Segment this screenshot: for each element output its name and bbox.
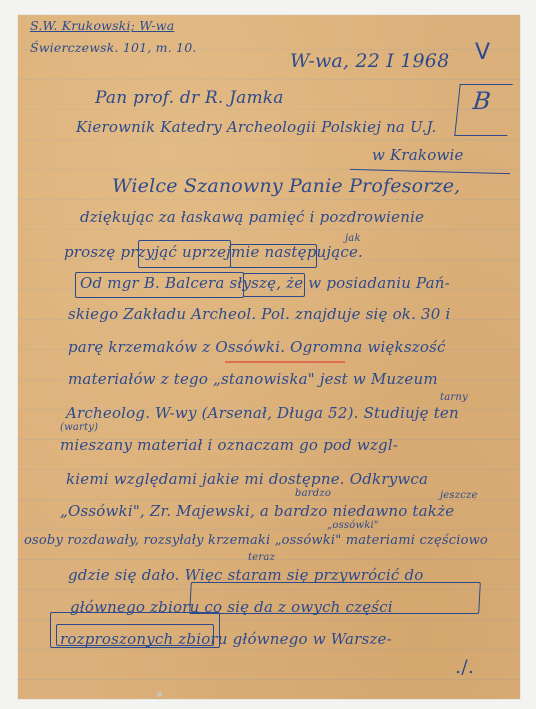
interlinear-jeszcze: jeszcze (440, 490, 478, 501)
body-line-11: osoby rozdawały, rozsyłały krzemaki „oss… (24, 533, 488, 548)
stamp-b-icon: B (454, 84, 512, 136)
letter-date: W-wa, 22 I 1968 (290, 50, 449, 72)
interlinear-teraz: teraz (248, 552, 275, 563)
check-mark-icon: V (475, 40, 490, 65)
recipient-line2: Kierownik Katedry Archeologii Polskiej n… (76, 118, 436, 136)
edit-box-balcera (75, 272, 244, 298)
edit-box-czesci (189, 582, 481, 614)
interlinear-tarny: tarny (440, 392, 468, 403)
edit-box-proponuje (138, 240, 231, 268)
body-line-1: dziękując za łaskawą pamięć i pozdrowien… (80, 208, 424, 226)
sender-address: Świerczewsk. 101, m. 10. (30, 40, 197, 55)
recipient-line1: Pan prof. dr R. Jamka (95, 88, 284, 108)
edit-box-rozproszonych (56, 624, 214, 646)
edit-box-slysze (243, 273, 305, 297)
interlinear-ossowki: „ossówki" (327, 520, 379, 531)
body-line-9: kiemi względami jakie mi dostępne. Odkry… (66, 470, 428, 488)
red-underline-ossowki (225, 361, 345, 363)
salutation: Wielce Szanowny Panie Profesorze, (112, 175, 460, 197)
edit-box-uprzejmie (230, 244, 317, 268)
body-line-4: skiego Zakładu Archeol. Pol. znajduje si… (68, 305, 450, 323)
interlinear-bardzo: bardzo (295, 488, 331, 499)
body-line-5: parę krzemaków z Ossówki. Ogromna większ… (68, 338, 446, 356)
body-line-10: „Ossówki", Zr. Majewski, a bardzo niedaw… (60, 502, 454, 520)
paper-speck (157, 692, 162, 697)
sender-name: S.W. Krukowski; W-wa (30, 18, 174, 33)
continuation-mark: ./. (455, 656, 474, 678)
recipient-line3: w Krakowie (372, 146, 464, 164)
body-line-6: materiałów z tego „stanowiska" jest w Mu… (68, 370, 438, 388)
body-line-8: mieszany materiał i oznaczam go pod wzgl… (60, 436, 398, 454)
stamp-letter: B (471, 87, 492, 115)
body-line-7: Archeolog. W-wy (Arsenał, Długa 52). Stu… (66, 404, 459, 422)
interlinear-warty: (warty) (60, 422, 98, 433)
